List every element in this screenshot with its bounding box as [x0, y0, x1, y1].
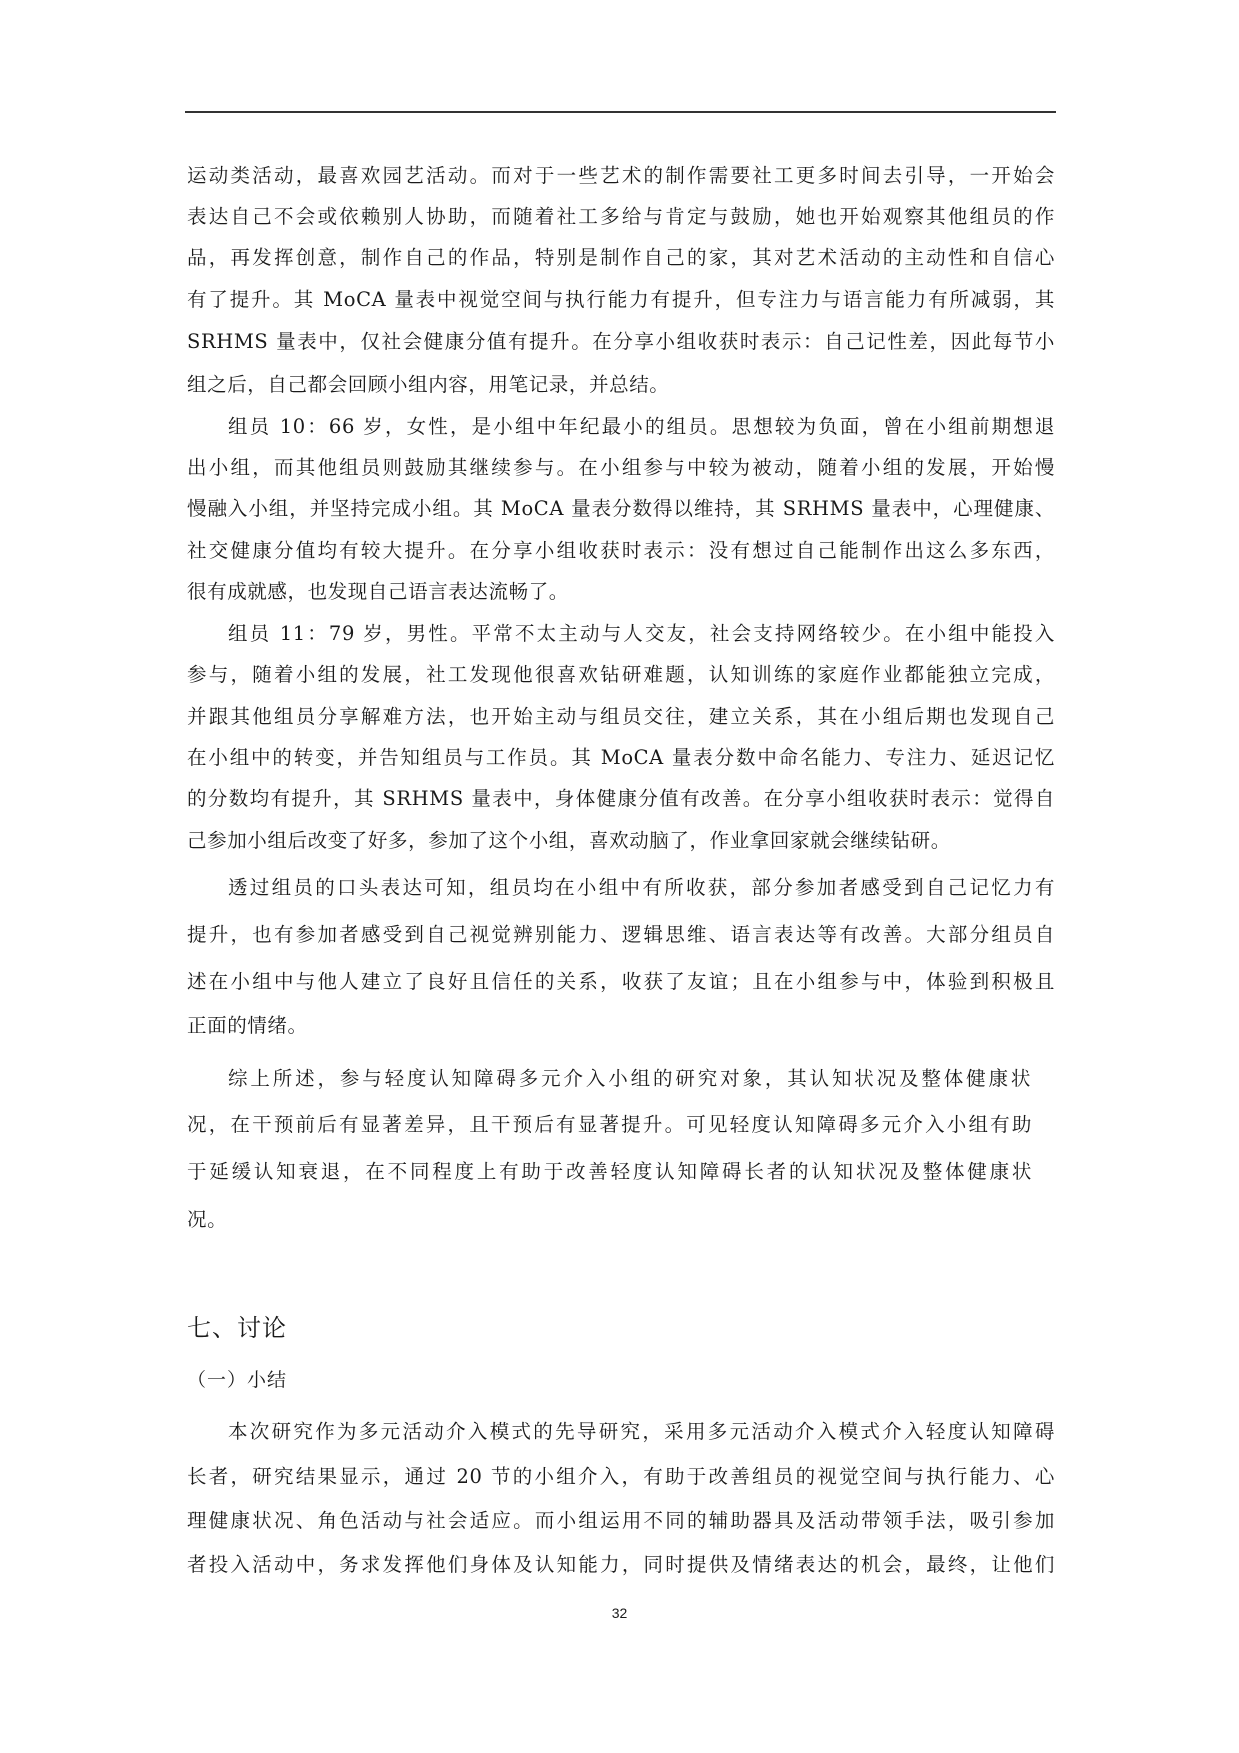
body-line: 社交健康分值均有较大提升。在分享小组收获时表示：没有想过自己能制作出这么多东西， — [187, 539, 1055, 563]
body-line: 出小组，而其他组员则鼓励其继续参与。在小组参与中较为被动，随着小组的发展，开始慢 — [187, 456, 1055, 480]
document-page: 运动类活动，最喜欢园艺活动。而对于一些艺术的制作需要社工更多时间去引导，一开始会… — [0, 0, 1239, 1753]
body-line: 况。 — [187, 1208, 1057, 1232]
body-line: 在小组中的转变，并告知组员与工作员。其 MoCA 量表分数中命名能力、专注力、延… — [187, 746, 1055, 770]
body-line: 提升，也有参加者感受到自己视觉辨别能力、逻辑思维、语言表达等有改善。大部分组员自 — [187, 923, 1055, 947]
body-line: 并跟其他组员分享解难方法，也开始主动与组员交往，建立关系，其在小组后期也发现自己 — [187, 705, 1055, 729]
body-line: 表达自己不会或依赖别人协助，而随着社工多给与肯定与鼓励，她也开始观察其他组员的作 — [187, 205, 1055, 229]
body-line: 很有成就感，也发现自己语言表达流畅了。 — [187, 580, 1057, 604]
body-line: 综上所述，参与轻度认知障碍多元介入小组的研究对象，其认知状况及整体健康状 — [228, 1067, 1031, 1091]
section-heading: 七、讨论 — [187, 1313, 287, 1343]
body-line: 者投入活动中，务求发挥他们身体及认知能力，同时提供及情绪表达的机会，最终，让他们 — [187, 1553, 1055, 1577]
body-line: 于延缓认知衰退，在不同程度上有助于改善轻度认知障碍长者的认知状况及整体健康状 — [187, 1160, 1032, 1184]
header-rule — [185, 111, 1056, 113]
subsection-heading: （一）小结 — [187, 1368, 287, 1392]
page-number: 32 — [0, 1605, 1239, 1621]
body-line: 有了提升。其 MoCA 量表中视觉空间与执行能力有提升，但专注力与语言能力有所减… — [187, 288, 1055, 312]
body-line: 正面的情绪。 — [187, 1014, 1057, 1038]
body-line: 品，再发挥创意，制作自己的作品，特别是制作自己的家，其对艺术活动的主动性和自信心 — [187, 246, 1055, 270]
body-line: 组之后，自己都会回顾小组内容，用笔记录，并总结。 — [187, 373, 1057, 397]
body-line: 己参加小组后改变了好多，参加了这个小组，喜欢动脑了，作业拿回家就会继续钻研。 — [187, 829, 1057, 853]
body-line: 长者，研究结果显示，通过 20 节的小组介入，有助于改善组员的视觉空间与执行能力… — [187, 1465, 1055, 1489]
body-line: 理健康状况、角色活动与社会适应。而小组运用不同的辅助器具及活动带领手法，吸引参加 — [187, 1509, 1055, 1533]
body-line: 况，在干预前后有显著差异，且干预后有显著提升。可见轻度认知障碍多元介入小组有助 — [187, 1113, 1032, 1137]
body-line: 本次研究作为多元活动介入模式的先导研究，采用多元活动介入模式介入轻度认知障碍 — [228, 1420, 1055, 1444]
body-line: 的分数均有提升，其 SRHMS 量表中，身体健康分值有改善。在分享小组收获时表示… — [187, 787, 1055, 811]
body-line: 参与，随着小组的发展，社工发现他很喜欢钻研难题，认知训练的家庭作业都能独立完成， — [187, 663, 1055, 687]
body-line: 透过组员的口头表达可知，组员均在小组中有所收获，部分参加者感受到自己记忆力有 — [228, 876, 1055, 900]
body-line: SRHMS 量表中，仅社会健康分值有提升。在分享小组收获时表示：自己记性差，因此… — [187, 330, 1055, 354]
body-line: 组员 11：79 岁，男性。平常不太主动与人交友，社会支持网络较少。在小组中能投… — [228, 622, 1055, 646]
body-line: 运动类活动，最喜欢园艺活动。而对于一些艺术的制作需要社工更多时间去引导，一开始会 — [187, 164, 1055, 188]
body-line: 慢融入小组，并坚持完成小组。其 MoCA 量表分数得以维持，其 SRHMS 量表… — [187, 497, 1055, 521]
body-line: 组员 10：66 岁，女性，是小组中年纪最小的组员。思想较为负面，曾在小组前期想… — [228, 415, 1055, 439]
body-line: 述在小组中与他人建立了良好且信任的关系，收获了友谊；且在小组参与中，体验到积极且 — [187, 970, 1055, 994]
